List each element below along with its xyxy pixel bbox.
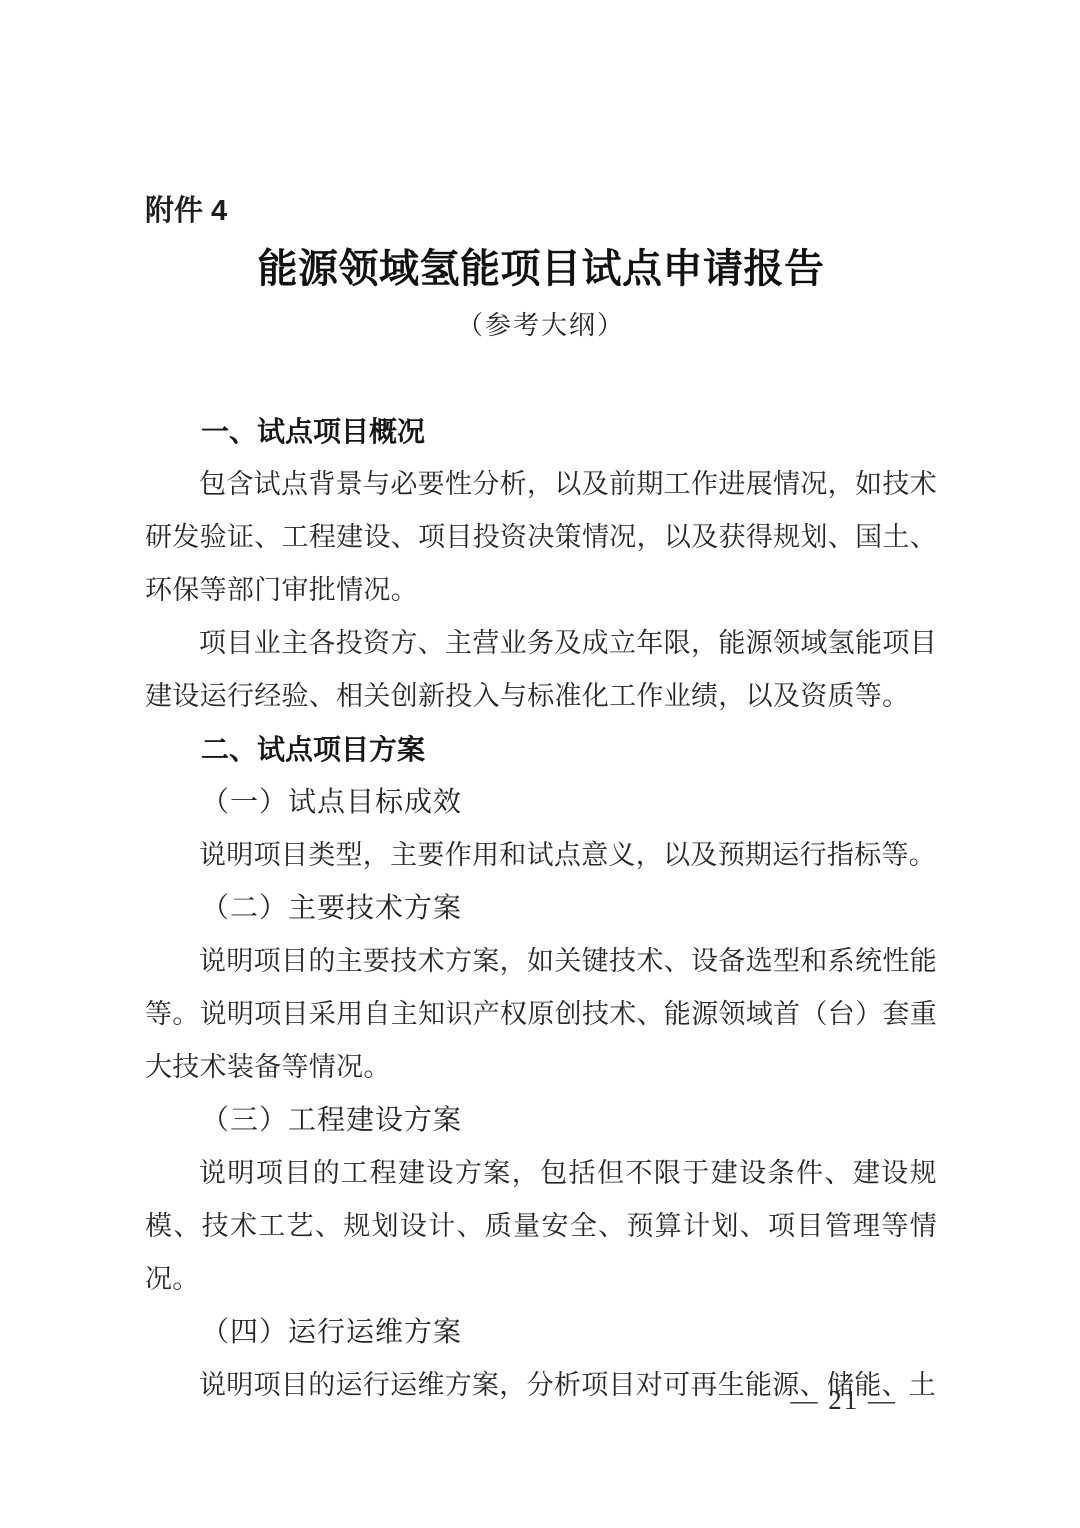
attachment-label: 附件 4: [145, 194, 937, 228]
subsection-heading-4: （四）运行运维方案: [145, 1306, 937, 1359]
subsection-heading-3: （三）工程建设方案: [145, 1094, 937, 1147]
page-number: — 21 —: [791, 1383, 898, 1417]
subsection-heading-2: （二）主要技术方案: [145, 882, 937, 935]
paragraph-construction-plan: 说明项目的工程建设方案，包括但不限于建设条件、建设规模、技术工艺、规划设计、质量…: [145, 1147, 937, 1306]
section-heading-1: 一、试点项目概况: [145, 405, 937, 458]
paragraph-technical-plan: 说明项目的主要技术方案，如关键技术、设备选型和系统性能等。说明项目采用自主知识产…: [145, 935, 937, 1094]
paragraph-overview-2: 项目业主各投资方、主营业务及成立年限，能源领域氢能项目建设运行经验、相关创新投入…: [145, 617, 937, 723]
document-body: 一、试点项目概况 包含试点背景与必要性分析，以及前期工作进展情况，如技术研发验证…: [145, 405, 937, 1412]
section-heading-2: 二、试点项目方案: [145, 723, 937, 776]
paragraph-goals: 说明项目类型，主要作用和试点意义，以及预期运行指标等。: [145, 829, 937, 882]
subsection-heading-1: （一）试点目标成效: [145, 776, 937, 829]
document-subtitle: （参考大纲）: [145, 309, 937, 343]
document-page: 附件 4 能源领域氢能项目试点申请报告 （参考大纲） 一、试点项目概况 包含试点…: [0, 0, 1080, 1528]
document-title: 能源领域氢能项目试点申请报告: [145, 244, 937, 294]
document-content: 附件 4 能源领域氢能项目试点申请报告 （参考大纲） 一、试点项目概况 包含试点…: [145, 0, 937, 1412]
paragraph-overview-1: 包含试点背景与必要性分析，以及前期工作进展情况，如技术研发验证、工程建设、项目投…: [145, 458, 937, 617]
